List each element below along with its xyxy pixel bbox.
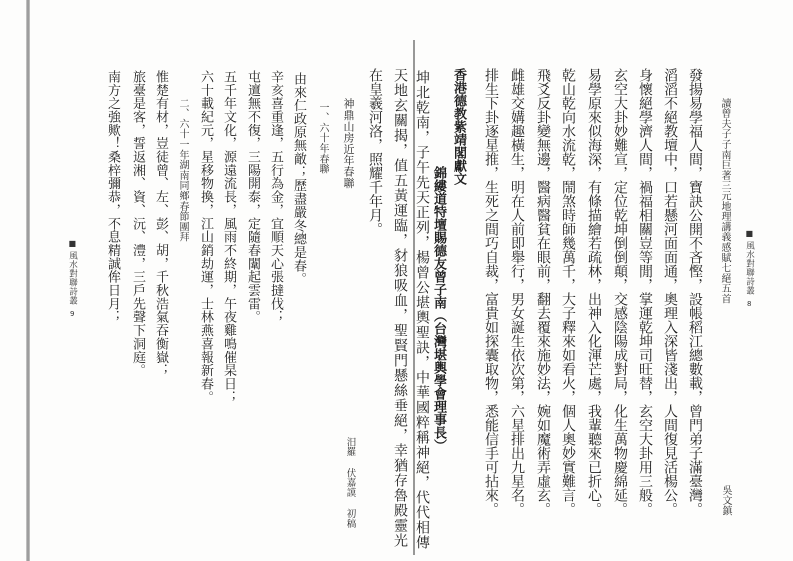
poem-line: 易學原來似海深，有條描繪若疏林，出神入化渾芒處，我輩聽來已折心。 <box>587 68 601 516</box>
couplet-heading: 二、六十一年湖南同鄉春節團拜 <box>177 98 187 242</box>
running-footer-page-9: ■ 風水對聯詩叢 9 <box>68 240 77 318</box>
couplet-heading: 一、六十年春聯 <box>317 102 327 174</box>
couplet-line: 南方之強歟！桑梓彌恭，不息精誠侔日月； <box>106 70 119 324</box>
running-footer-title: 風水對聯詩叢 <box>745 241 754 295</box>
running-footer-page-8: ■ 風水對聯詩叢 8 <box>745 230 754 308</box>
eulogy-subheading: 錦縷道特壇賜德友曾子南（台灣堪輿學會理事長） <box>432 166 445 452</box>
square-marker-icon: ■ <box>68 240 76 248</box>
book-spread: ■ 風水對聯詩叢 8 讀曾夫子子南巨著三元地理講義感賦七絕五首 吳文鎮 發揚易學… <box>0 0 793 561</box>
couplet-line: 惟楚有材，豈徒曾、左、彭、胡，千秋浩氣吞衡嶽； <box>154 70 167 377</box>
poem-line: 乾山乾向水流乾，鬧煞時師幾萬千，大子釋來如看火，個人奧妙實難言。 <box>561 68 575 516</box>
poem-line: 身懷絕學濟人間，禍福相關豈等閒，掌運乾坤司旺替，玄空大卦用三般。 <box>638 68 652 516</box>
couplet-line: 五千年文化，源遠流長，風雨不終期，午夜雞鳴催杲日； <box>222 70 235 404</box>
poem-author: 吳文鎮 <box>720 485 730 516</box>
page-number: 8 <box>747 301 751 308</box>
binding-shadow <box>26 0 30 561</box>
poem-line: 雌雄交媾趣橫生，明在人前即舉行，男女誕生依次第，六星排出九星名。 <box>510 68 524 516</box>
couplet-line: 六十載紀元，星移物換，江山銷劫運，士林燕喜報新春。 <box>199 70 212 404</box>
couplet-line: 屯邅無不復，三陽開泰，定隨春闈起雲雷。 <box>246 70 259 324</box>
page-number: 9 <box>70 311 74 318</box>
section-title: 神鼎山房近年春聯 <box>343 98 354 188</box>
poem-line: 飛爻反卦變無邊，醫病醫貧在眼前，翻去覆來施妙法，婉如魔術弄虛玄。 <box>536 68 550 516</box>
couplet-line: 旅臺是客，誓返湘、資、沅、澧，三戶先聲下洞庭。 <box>131 70 144 377</box>
poem-line: 滔滔不絕教壇中，口若懸河面面通，奧理入深皆淺出，人間復見活楊公。 <box>663 68 677 516</box>
eulogy-signature: 汨羅 伏嘉謨 初稿 <box>345 437 355 528</box>
poem-line: 玄空大卦妙難宣，定位乾坤倒倒顛，交感陰陽成對局，化生萬物慶綿延。 <box>613 68 627 516</box>
eulogy-line: 在皇羲河洛，照耀千年月。 <box>368 68 382 236</box>
couplet-line: 辛亥喜重逢，五行為金，宜順天心張撻伐； <box>269 70 282 324</box>
eulogy-line: 天地玄關揭，值五黃運臨，豺狼吸血，聖賢門懸絲垂絕，幸猶存魯殿靈光 <box>393 68 407 548</box>
square-marker-icon: ■ <box>745 230 753 238</box>
couplet-line: 由來仁政原無敵；歷盡嚴冬總是春。 <box>292 72 305 286</box>
poem-line: 排生下卦逐星推，生死之間巧自裁，富貴如探囊取物，悉能信手可拈來。 <box>484 68 498 516</box>
running-footer-title: 風水對聯詩叢 <box>68 251 77 305</box>
poem-line: 發揚易學福人間，寶訣公開不吝慳，設帳稻江總數載，曾門弟子滿臺灣。 <box>688 68 702 516</box>
eulogy-line: 坤北乾南，子午先天正列，楊曾公堪輿聖訣，中華國粹稱神絕，代代相傳 <box>415 70 429 550</box>
eulogy-heading: 香港德教紫靖閣獻文 <box>452 68 465 185</box>
poem-title: 讀曾夫子子南巨著三元地理講義感賦七絕五首 <box>719 98 729 304</box>
